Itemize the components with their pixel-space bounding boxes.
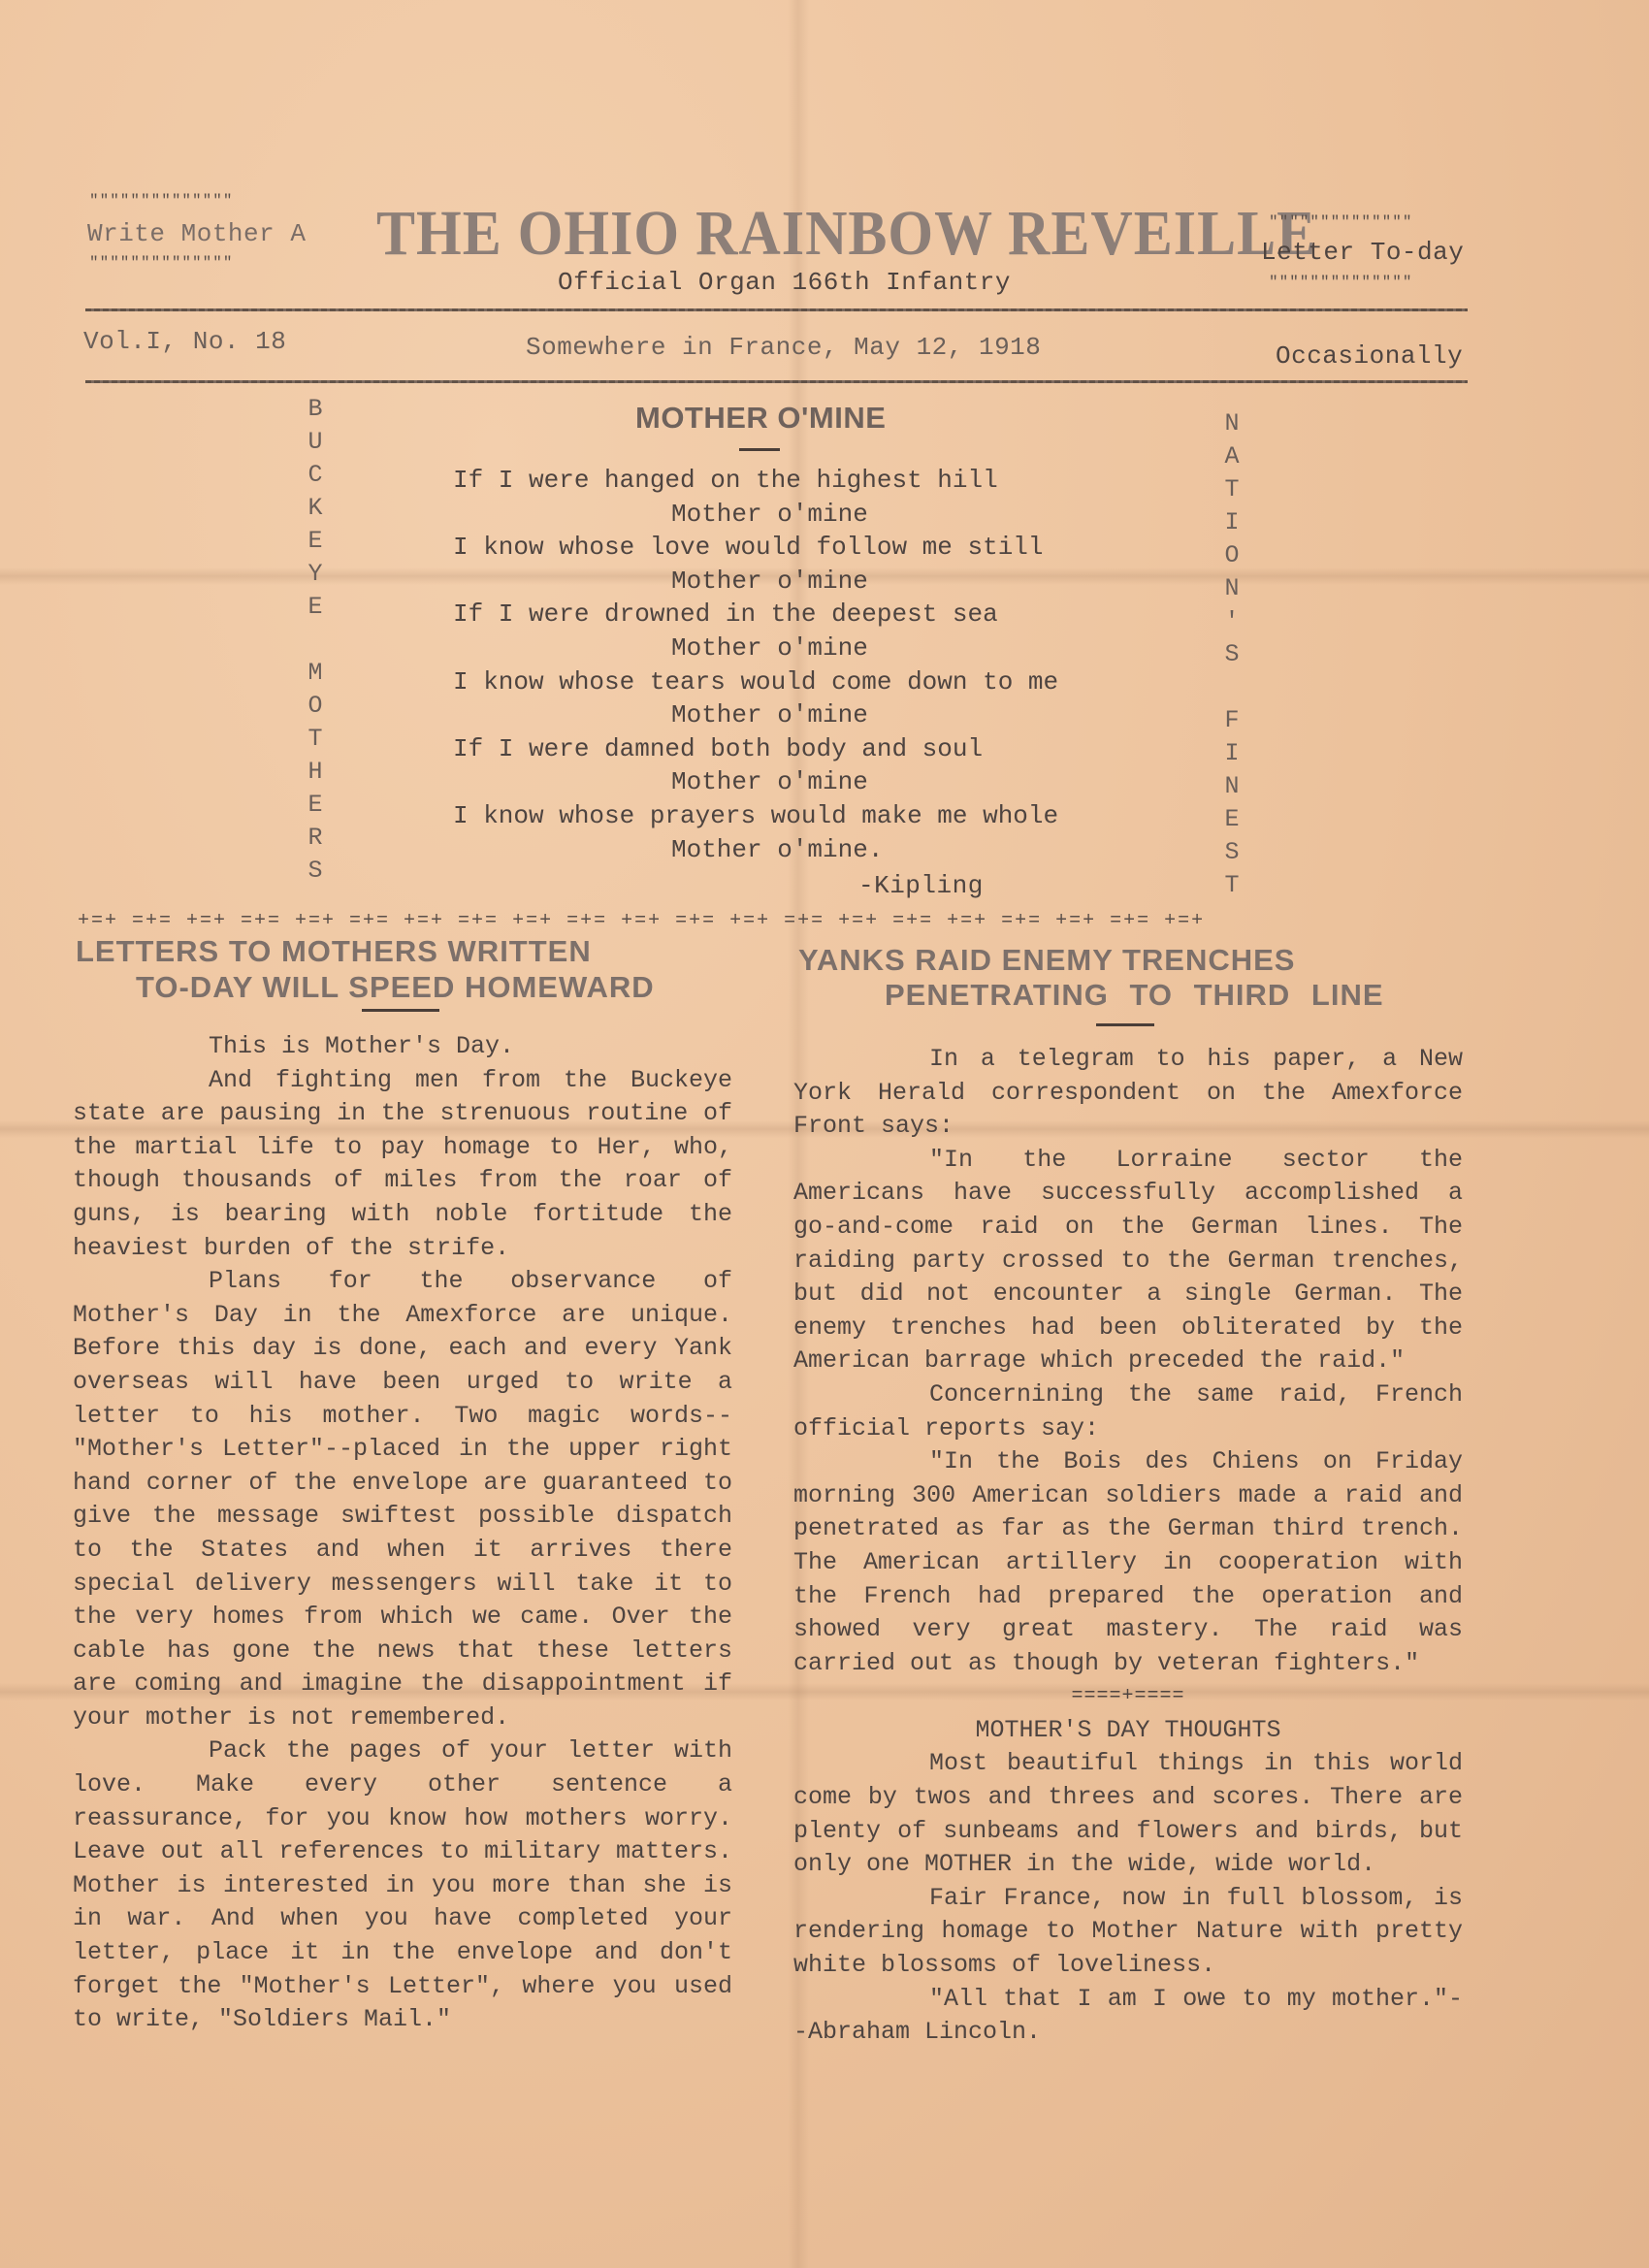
acrostic-letter: C <box>301 459 330 492</box>
thoughts-title: MOTHER'S DAY THOUGHTS <box>793 1714 1463 1748</box>
headline-line-1: LETTERS TO MOTHERS WRITTEN <box>76 934 592 969</box>
poem-line: If I were drowned in the deepest sea <box>453 599 998 629</box>
acrostic-letter: T <box>1217 473 1246 506</box>
article-paragraph: Pack the pages of your letter with love.… <box>73 1734 732 2036</box>
poem-line: I know whose prayers would make me whole <box>453 801 1058 830</box>
masthead-rule-bottom <box>85 380 1468 383</box>
dateline: Somewhere in France, May 12, 1918 <box>526 333 1041 362</box>
masthead-left-slogan: Write Mother A <box>87 219 306 248</box>
acrostic-letter: N <box>1217 572 1246 605</box>
acrostic-letter: O <box>1217 539 1246 572</box>
volume-number: Vol.I, No. 18 <box>83 327 286 356</box>
poem-line: I know whose love would follow me still <box>453 533 1044 562</box>
poem-line: If I were hanged on the highest hill <box>453 466 998 495</box>
article-paragraph: "In the Bois des Chiens on Friday mornin… <box>793 1445 1463 1680</box>
article-body: In a telegram to his paper, a New York H… <box>793 1043 1463 2050</box>
masthead-right-slogan: Letter To-day <box>1261 238 1464 267</box>
poem-refrain: Mother o'mine <box>671 567 868 596</box>
acrostic-letter: B <box>301 393 330 426</box>
article-paragraph: And fighting men from the Buckeye state … <box>73 1064 732 1266</box>
acrostic-letter: I <box>1217 737 1246 770</box>
article-paragraph: Fair France, now in full blossom, is ren… <box>793 1882 1463 1983</box>
poem-refrain: Mother o'mine <box>671 700 868 729</box>
article-paragraph: In a telegram to his paper, a New York H… <box>793 1043 1463 1144</box>
acrostic-letter: S <box>301 855 330 888</box>
acrostic-letter: E <box>301 525 330 558</box>
acrostic-letter: K <box>301 492 330 525</box>
poem-refrain: Mother o'mine <box>671 767 868 796</box>
acrostic-letter: R <box>301 822 330 855</box>
acrostic-letter: M <box>301 657 330 690</box>
newspaper-subtitle: Official Organ 166th Infantry <box>558 268 1011 297</box>
acrostic-letter: S <box>1217 836 1246 869</box>
article-paragraph: Most beautiful things in this world come… <box>793 1747 1463 1881</box>
acrostic-letter: S <box>1217 638 1246 671</box>
acrostic-letter: ' <box>1217 605 1246 638</box>
acrostic-letter: E <box>301 591 330 624</box>
acrostic-letter <box>1217 671 1246 704</box>
article-paragraph: Concernining the same raid, French offic… <box>793 1378 1463 1445</box>
poem-title-rule <box>739 448 780 451</box>
newspaper-title: THE OHIO RAINBOW REVEILLE <box>376 197 1316 271</box>
poem-refrain: Mother o'mine. <box>671 835 883 864</box>
masthead-left-border-bottom: """""""""""""" <box>89 254 233 272</box>
acrostic-letter: A <box>1217 440 1246 473</box>
headline-rule <box>1096 1023 1154 1026</box>
article-paragraph: This is Mother's Day. <box>73 1030 732 1064</box>
masthead-right-border-top: """""""""""""" <box>1269 213 1412 231</box>
headline-line-2: PENETRATING TO THIRD LINE <box>885 978 1384 1013</box>
poem-line: I know whose tears would come down to me <box>453 667 1058 697</box>
article-paragraph: "In the Lorraine sector the Americans ha… <box>793 1144 1463 1378</box>
acrostic-nations-finest: NATION'SFINEST <box>1217 407 1246 902</box>
acrostic-letter: F <box>1217 704 1246 737</box>
acrostic-letter: E <box>301 789 330 822</box>
headline-rule <box>362 1009 439 1012</box>
masthead-left-border-top: """""""""""""" <box>89 192 233 210</box>
poem-title: MOTHER O'MINE <box>635 401 886 436</box>
poem-attribution: -Kipling <box>858 871 984 900</box>
article-body: This is Mother's Day.And fighting men fr… <box>73 1030 732 2037</box>
masthead-right-border-bottom: """""""""""""" <box>1269 274 1412 291</box>
headline-line-2: TO-DAY WILL SPEED HOMEWARD <box>136 970 655 1005</box>
poem-refrain: Mother o'mine <box>671 633 868 663</box>
headline-line-1: YANKS RAID ENEMY TRENCHES <box>798 943 1295 978</box>
acrostic-letter: N <box>1217 770 1246 803</box>
acrostic-letter: T <box>1217 869 1246 902</box>
acrostic-letter: T <box>301 723 330 756</box>
acrostic-letter: I <box>1217 506 1246 539</box>
poem-refrain: Mother o'mine <box>671 500 868 529</box>
acrostic-letter <box>301 624 330 657</box>
acrostic-letter: O <box>301 690 330 723</box>
section-divider: +=+ =+= +=+ =+= +=+ =+= +=+ =+= +=+ =+= … <box>78 910 1205 932</box>
publication-frequency: Occasionally <box>1276 341 1463 371</box>
article-paragraph: "All that I am I owe to my mother."--Abr… <box>793 1983 1463 2050</box>
acrostic-letter: Y <box>301 558 330 591</box>
acrostic-letter: U <box>301 426 330 459</box>
poem-line: If I were damned both body and soul <box>453 734 983 763</box>
thoughts-separator: ====+==== <box>793 1680 1463 1714</box>
acrostic-buckeye-mothers: BUCKEYEMOTHERS <box>301 393 330 888</box>
acrostic-letter: H <box>301 756 330 789</box>
acrostic-letter: E <box>1217 803 1246 836</box>
article-paragraph: Plans for the observance of Mother's Day… <box>73 1265 732 1734</box>
masthead-rule-top <box>85 308 1468 311</box>
acrostic-letter: N <box>1217 407 1246 440</box>
